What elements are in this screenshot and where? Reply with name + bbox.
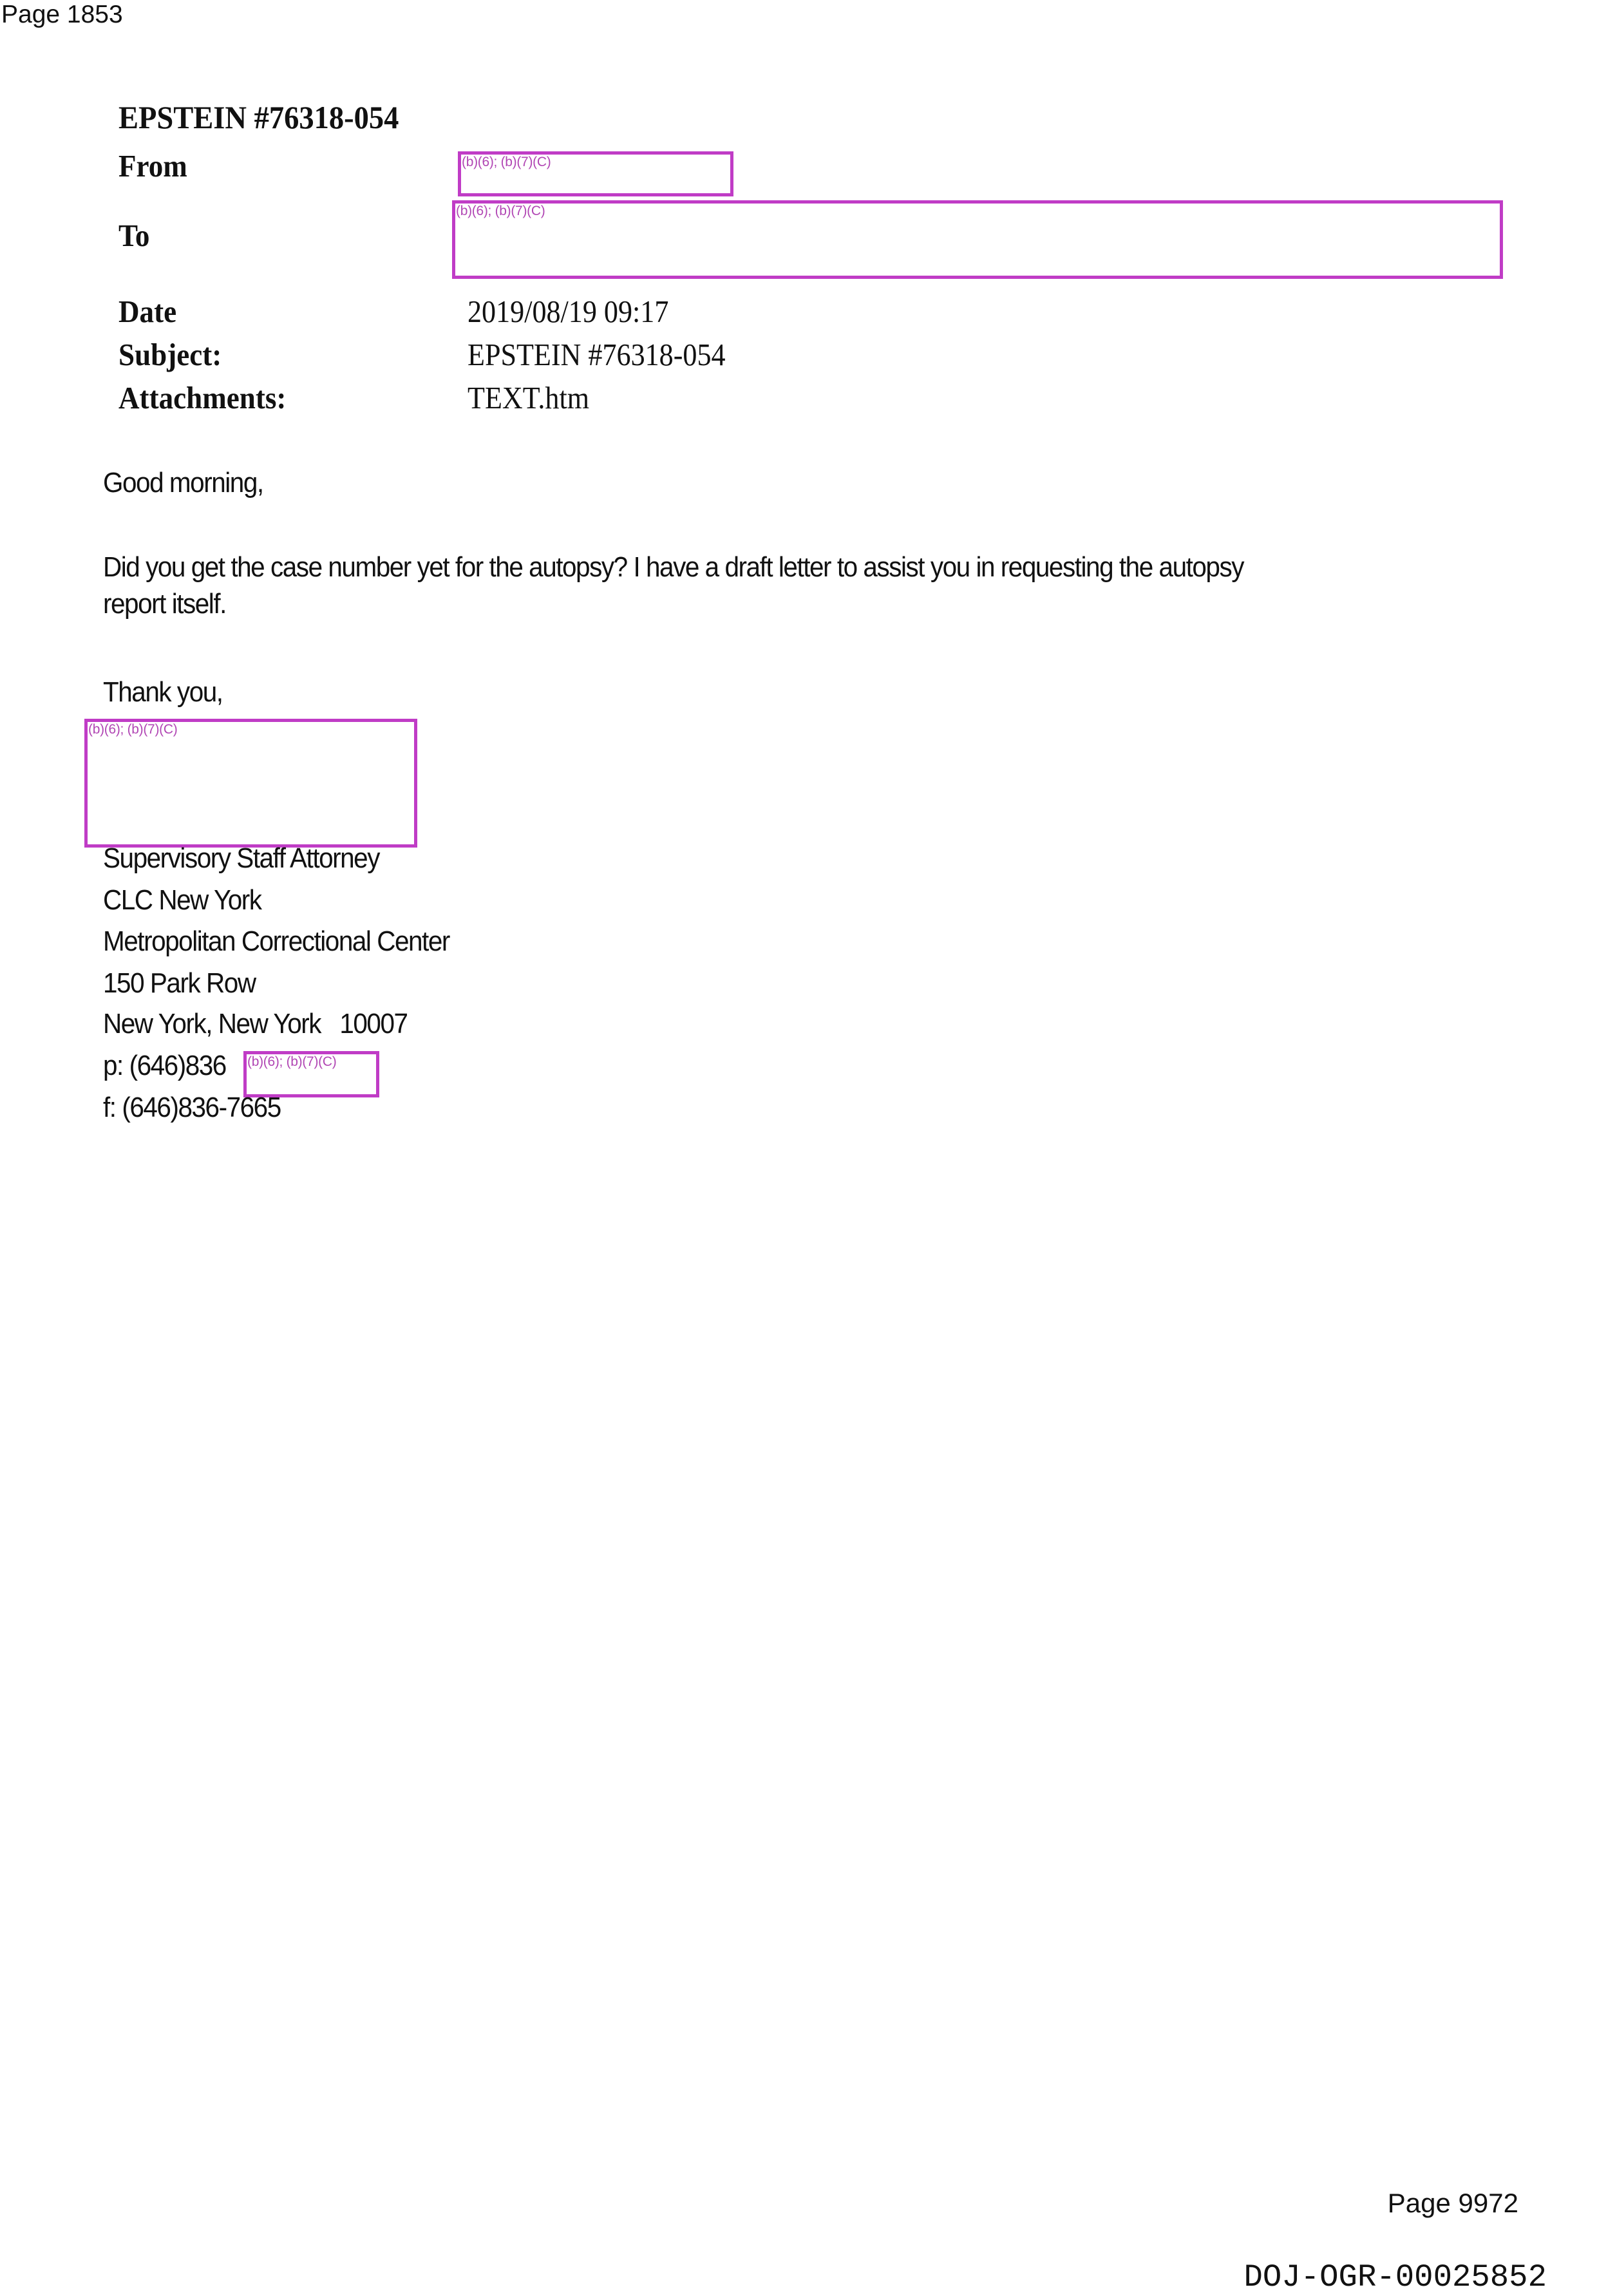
signature-phone: p: (646)836 — [103, 1049, 226, 1083]
page-number-header: Page 1853 — [1, 0, 123, 30]
closing: Thank you, — [103, 676, 223, 709]
attachment-link[interactable]: TEXT.htm — [468, 379, 589, 417]
signature-title: Supervisory Staff Attorney — [103, 842, 379, 875]
redaction-code: (b)(6); (b)(7)(C) — [462, 155, 551, 170]
redaction-code: (b)(6); (b)(7)(C) — [247, 1054, 336, 1070]
signature-org: CLC New York — [103, 884, 261, 917]
redaction-to: (b)(6); (b)(7)(C) — [452, 200, 1503, 279]
subject-label: Subject: — [118, 336, 222, 374]
signature-street: 150 Park Row — [103, 967, 256, 1000]
redaction-code: (b)(6); (b)(7)(C) — [88, 722, 177, 737]
signature-fax: f: (646)836-7665 — [103, 1091, 281, 1124]
date-label: Date — [118, 293, 176, 330]
redaction-from: (b)(6); (b)(7)(C) — [458, 151, 733, 196]
redaction-signature-name: (b)(6); (b)(7)(C) — [84, 719, 417, 848]
page-number-footer: Page 9972 — [1388, 2187, 1518, 2219]
attachments-label: Attachments: — [118, 379, 286, 417]
greeting: Good morning, — [103, 466, 263, 500]
date-value: 2019/08/19 09:17 — [468, 293, 668, 330]
redaction-code: (b)(6); (b)(7)(C) — [456, 204, 545, 219]
email-title: EPSTEIN #76318-054 — [118, 98, 399, 137]
bates-number: DOJ-OGR-00025852 — [1244, 2259, 1547, 2295]
signature-facility: Metropolitan Correctional Center — [103, 925, 449, 958]
from-label: From — [118, 147, 187, 185]
signature-city-state-zip: New York, New York 10007 — [103, 1007, 408, 1041]
body-paragraph-line-1: Did you get the case number yet for the … — [103, 551, 1243, 584]
body-paragraph-line-2: report itself. — [103, 587, 226, 621]
to-label: To — [118, 217, 149, 254]
subject-value: EPSTEIN #76318-054 — [468, 336, 726, 374]
